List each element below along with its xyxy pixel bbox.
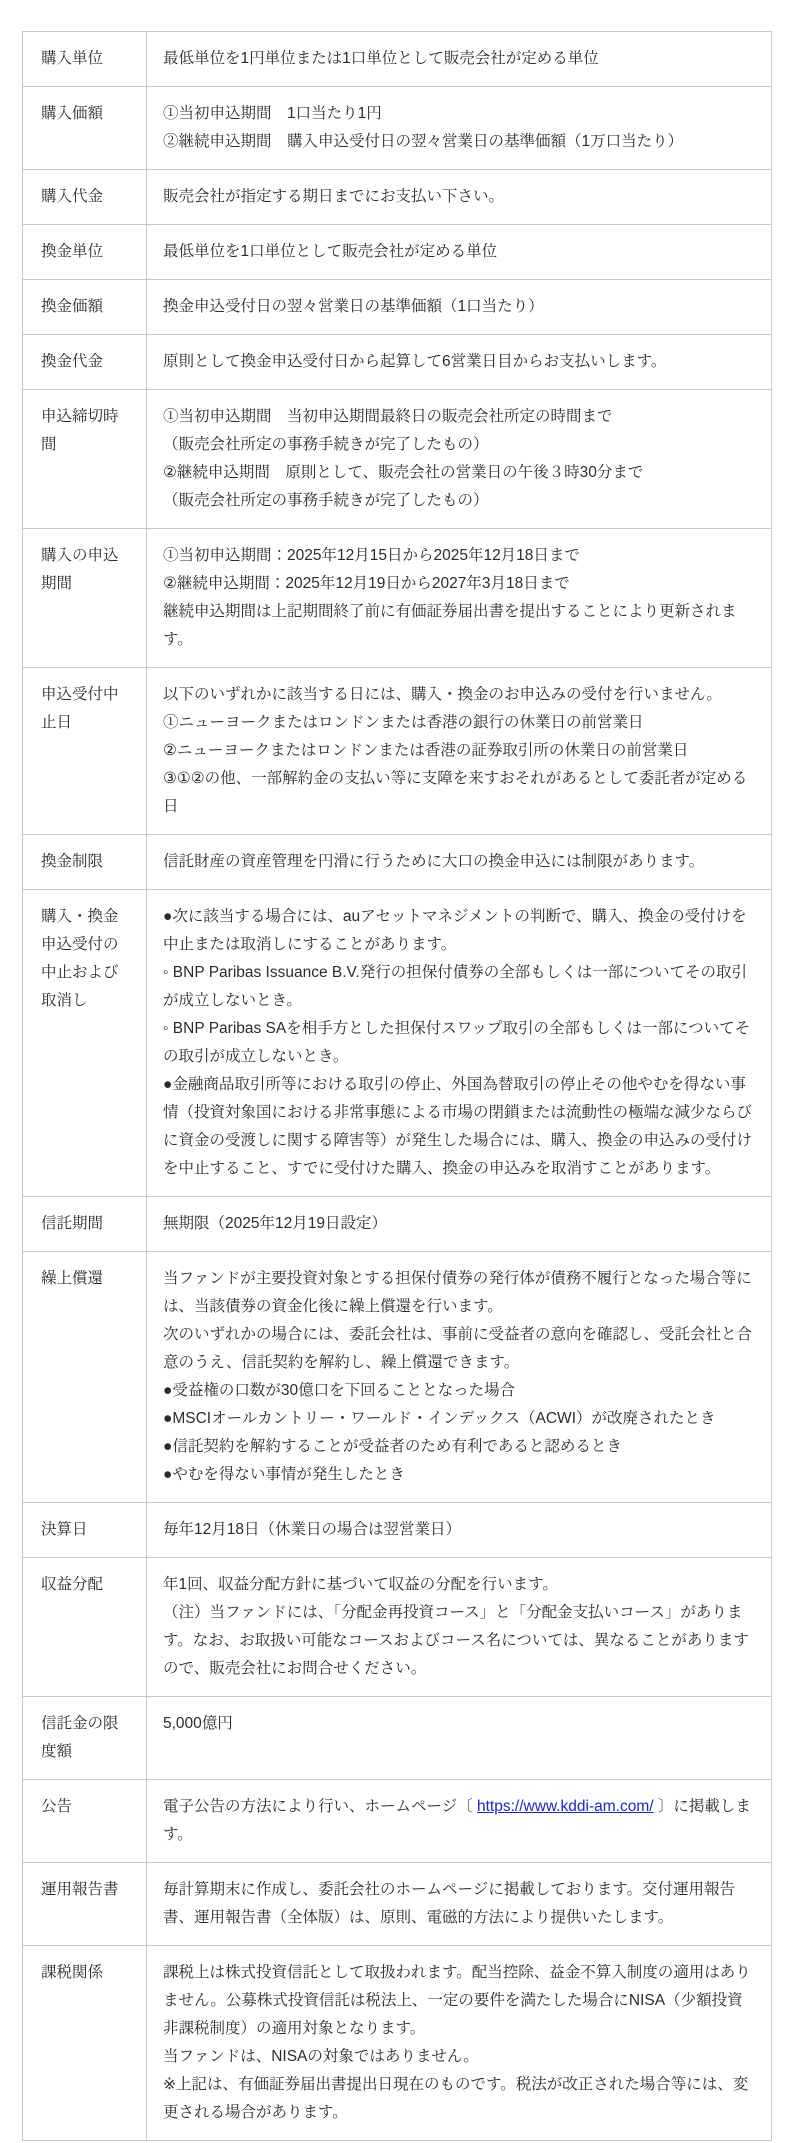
row-text: ①当初申込期間 1口当たり1円 ②継続申込期間 購入申込受付日の翌々営業日の基準… bbox=[163, 105, 683, 150]
row-text: 電子公告の方法により行い、ホームページ〔 bbox=[163, 1798, 477, 1815]
table-row: 信託期間無期限（2025年12月19日設定） bbox=[23, 1197, 771, 1252]
table-row: 運用報告書毎計算期末に作成し、委託会社のホームページに掲載しております。交付運用… bbox=[23, 1863, 771, 1946]
table-row: 換金代金原則として換金申込受付日から起算して6営業日目からお支払いします。 bbox=[23, 335, 771, 390]
row-label: 決算日 bbox=[23, 1503, 147, 1557]
row-label: 申込受付中止日 bbox=[23, 668, 147, 834]
row-label: 購入の申込期間 bbox=[23, 529, 147, 667]
fund-details-table: 購入単位最低単位を1円単位または1口単位として販売会社が定める単位購入価額①当初… bbox=[22, 31, 772, 2141]
row-content: 毎年12月18日（休業日の場合は翌営業日） bbox=[147, 1503, 771, 1557]
table-row: 申込締切時間①当初申込期間 当初申込期間最終日の販売会社所定の時間まで （販売会… bbox=[23, 390, 771, 529]
table-row: 公告電子公告の方法により行い、ホームページ〔 https://www.kddi-… bbox=[23, 1780, 771, 1863]
row-content: 年1回、収益分配方針に基づいて収益の分配を行います。 （注）当ファンドには、「分… bbox=[147, 1558, 771, 1696]
row-content: ①当初申込期間 当初申込期間最終日の販売会社所定の時間まで （販売会社所定の事務… bbox=[147, 390, 771, 528]
table-row: 収益分配年1回、収益分配方針に基づいて収益の分配を行います。 （注）当ファンドに… bbox=[23, 1558, 771, 1697]
row-text: 最低単位を1円単位または1口単位として販売会社が定める単位 bbox=[163, 50, 599, 67]
row-text: 課税上は株式投資信託として取扱われます。配当控除、益金不算入制度の適用はありませ… bbox=[163, 1964, 751, 2121]
row-label: 換金制限 bbox=[23, 835, 147, 889]
row-content: 最低単位を1円単位または1口単位として販売会社が定める単位 bbox=[147, 32, 771, 86]
row-label: 申込締切時間 bbox=[23, 390, 147, 528]
table-row: 信託金の限度額5,000億円 bbox=[23, 1697, 771, 1780]
row-content: 5,000億円 bbox=[147, 1697, 771, 1779]
row-content: 課税上は株式投資信託として取扱われます。配当控除、益金不算入制度の適用はありませ… bbox=[147, 1946, 771, 2140]
row-content: 当ファンドが主要投資対象とする担保付債券の発行体が債務不履行となった場合等には、… bbox=[147, 1252, 771, 1502]
row-text: ①当初申込期間：2025年12月15日から2025年12月18日まで ②継続申込… bbox=[163, 547, 737, 648]
fund-terms-page: 購入単位最低単位を1円単位または1口単位として販売会社が定める単位購入価額①当初… bbox=[0, 31, 800, 2143]
row-text: 年1回、収益分配方針に基づいて収益の分配を行います。 （注）当ファンドには、「分… bbox=[163, 1576, 749, 1677]
row-text: 信託財産の資産管理を円滑に行うために大口の換金申込には制限があります。 bbox=[163, 853, 704, 870]
row-content: 以下のいずれかに該当する日には、購入・換金のお申込みの受付を行いません。 ①ニュ… bbox=[147, 668, 771, 834]
table-row: 換金価額換金申込受付日の翌々営業日の基準価額（1口当たり） bbox=[23, 280, 771, 335]
row-label: 換金単位 bbox=[23, 225, 147, 279]
row-content: 原則として換金申込受付日から起算して6営業日目からお支払いします。 bbox=[147, 335, 771, 389]
row-text: 最低単位を1口単位として販売会社が定める単位 bbox=[163, 243, 497, 260]
row-label: 購入単位 bbox=[23, 32, 147, 86]
row-content: 無期限（2025年12月19日設定） bbox=[147, 1197, 771, 1251]
table-row: 繰上償還当ファンドが主要投資対象とする担保付債券の発行体が債務不履行となった場合… bbox=[23, 1252, 771, 1503]
table-row: 購入単位最低単位を1円単位または1口単位として販売会社が定める単位 bbox=[23, 32, 771, 87]
row-content: 換金申込受付日の翌々営業日の基準価額（1口当たり） bbox=[147, 280, 771, 334]
row-content: ①当初申込期間 1口当たり1円 ②継続申込期間 購入申込受付日の翌々営業日の基準… bbox=[147, 87, 771, 169]
table-row: 購入代金販売会社が指定する期日までにお支払い下さい。 bbox=[23, 170, 771, 225]
row-label: 購入価額 bbox=[23, 87, 147, 169]
row-label: 信託金の限度額 bbox=[23, 1697, 147, 1779]
row-text: 以下のいずれかに該当する日には、購入・換金のお申込みの受付を行いません。 ①ニュ… bbox=[163, 686, 747, 815]
table-row: 決算日毎年12月18日（休業日の場合は翌営業日） bbox=[23, 1503, 771, 1558]
row-label: 購入代金 bbox=[23, 170, 147, 224]
row-label: 繰上償還 bbox=[23, 1252, 147, 1502]
row-content: 信託財産の資産管理を円滑に行うために大口の換金申込には制限があります。 bbox=[147, 835, 771, 889]
row-label: 運用報告書 bbox=[23, 1863, 147, 1945]
row-label: 換金代金 bbox=[23, 335, 147, 389]
row-label: 公告 bbox=[23, 1780, 147, 1862]
row-content: 販売会社が指定する期日までにお支払い下さい。 bbox=[147, 170, 771, 224]
table-row: 購入・換金申込受付の中止および取消し●次に該当する場合には、auアセットマネジメ… bbox=[23, 890, 771, 1197]
row-text: ●次に該当する場合には、auアセットマネジメントの判断で、購入、換金の受付けを中… bbox=[163, 908, 752, 1177]
row-content: 電子公告の方法により行い、ホームページ〔 https://www.kddi-am… bbox=[147, 1780, 771, 1862]
row-text: ①当初申込期間 当初申込期間最終日の販売会社所定の時間まで （販売会社所定の事務… bbox=[163, 408, 643, 509]
row-content: ①当初申込期間：2025年12月15日から2025年12月18日まで ②継続申込… bbox=[147, 529, 771, 667]
row-content: 最低単位を1口単位として販売会社が定める単位 bbox=[147, 225, 771, 279]
row-label: 購入・換金申込受付の中止および取消し bbox=[23, 890, 147, 1196]
table-row: 購入の申込期間①当初申込期間：2025年12月15日から2025年12月18日ま… bbox=[23, 529, 771, 668]
table-row: 申込受付中止日以下のいずれかに該当する日には、購入・換金のお申込みの受付を行いま… bbox=[23, 668, 771, 835]
table-row: 購入価額①当初申込期間 1口当たり1円 ②継続申込期間 購入申込受付日の翌々営業… bbox=[23, 87, 771, 170]
row-label: 課税関係 bbox=[23, 1946, 147, 2140]
row-text: 毎計算期末に作成し、委託会社のホームページに掲載しております。交付運用報告書、運… bbox=[163, 1881, 735, 1926]
table-row: 換金単位最低単位を1口単位として販売会社が定める単位 bbox=[23, 225, 771, 280]
row-text: 原則として換金申込受付日から起算して6営業日目からお支払いします。 bbox=[163, 353, 666, 370]
row-text: 無期限（2025年12月19日設定） bbox=[163, 1215, 387, 1232]
row-label: 換金価額 bbox=[23, 280, 147, 334]
row-text: 販売会社が指定する期日までにお支払い下さい。 bbox=[163, 188, 504, 205]
homepage-link[interactable]: https://www.kddi-am.com/ bbox=[477, 1798, 654, 1815]
table-row: 換金制限信託財産の資産管理を円滑に行うために大口の換金申込には制限があります。 bbox=[23, 835, 771, 890]
row-label: 信託期間 bbox=[23, 1197, 147, 1251]
row-label: 収益分配 bbox=[23, 1558, 147, 1696]
row-text: 換金申込受付日の翌々営業日の基準価額（1口当たり） bbox=[163, 298, 544, 315]
row-text: 5,000億円 bbox=[163, 1715, 233, 1732]
row-content: ●次に該当する場合には、auアセットマネジメントの判断で、購入、換金の受付けを中… bbox=[147, 890, 771, 1196]
row-text: 毎年12月18日（休業日の場合は翌営業日） bbox=[163, 1521, 461, 1538]
row-text: 当ファンドが主要投資対象とする担保付債券の発行体が債務不履行となった場合等には、… bbox=[163, 1270, 752, 1483]
row-content: 毎計算期末に作成し、委託会社のホームページに掲載しております。交付運用報告書、運… bbox=[147, 1863, 771, 1945]
